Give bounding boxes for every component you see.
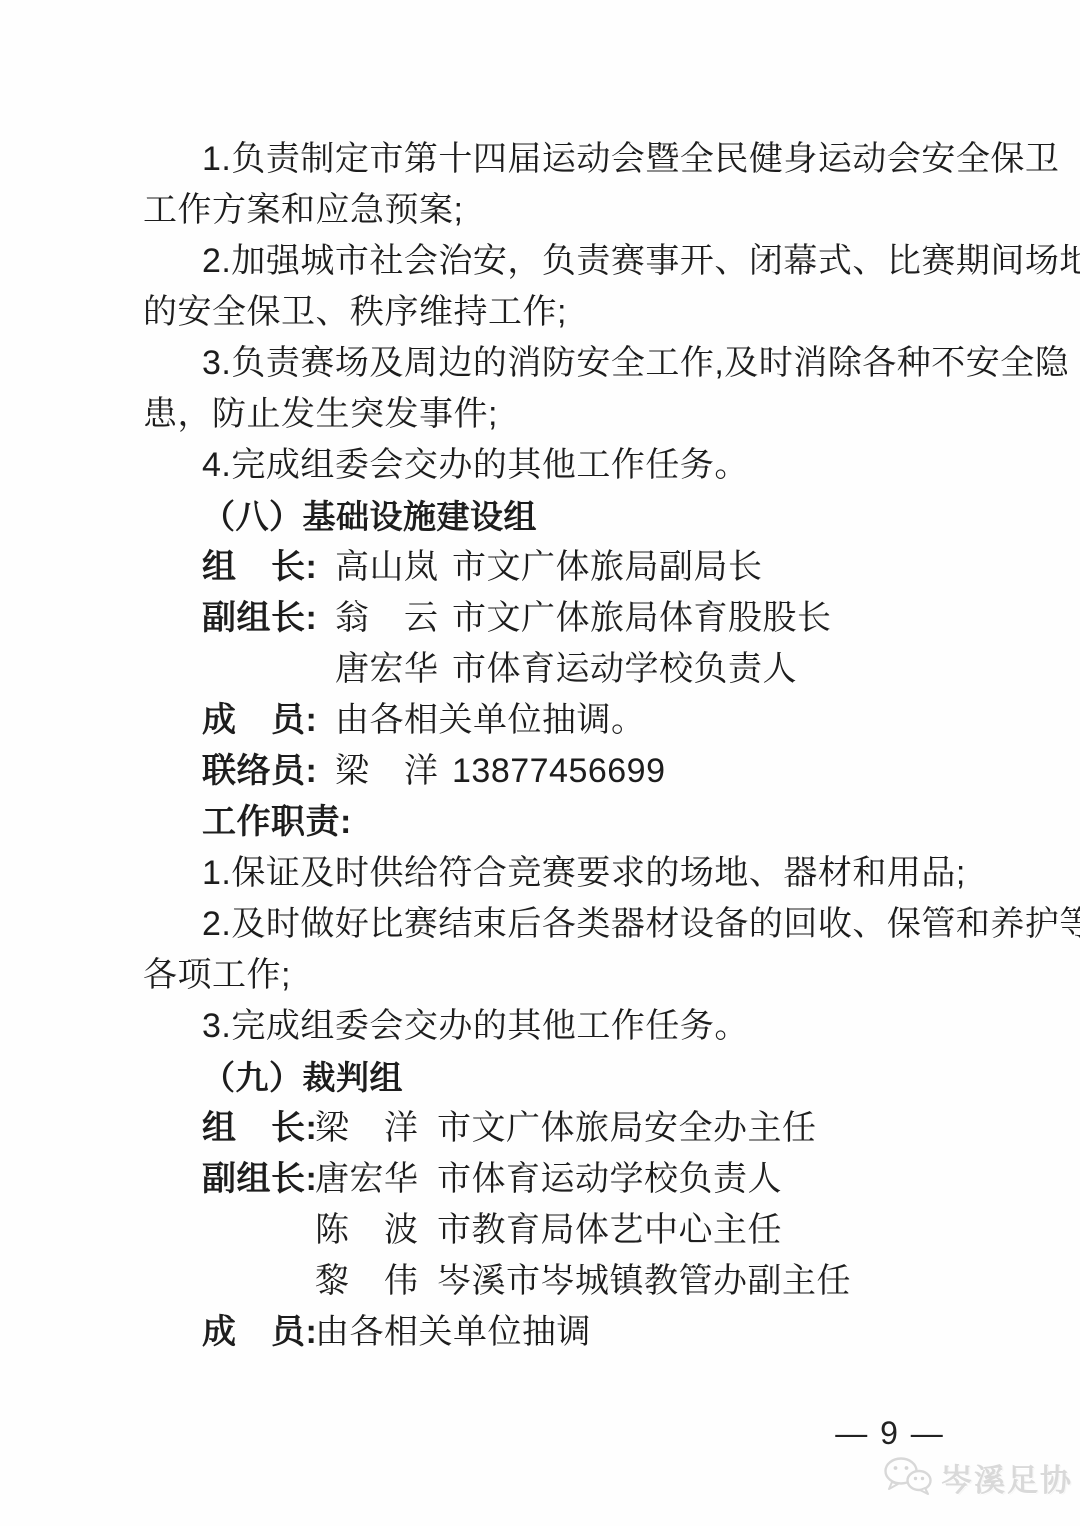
roster-row-liaison: 联络员: 梁 洋 13877456699 — [143, 746, 955, 797]
duty-line: 工作方案和应急预案; — [143, 185, 955, 236]
roster-name: 高山岚 — [335, 542, 439, 593]
roster-row-deputy-cont: 陈 波 市教育局体艺中心主任 — [143, 1205, 955, 1256]
roster-row-members: 成 员: 由各相关单位抽调 — [143, 1307, 955, 1358]
roster-title: 市文广体旅局副局长 — [452, 542, 763, 593]
roster-row-leader: 组 长: 高山岚 市文广体旅局副局长 — [143, 542, 955, 593]
roster-row-deputy-cont: 唐宏华 市体育运动学校负责人 — [143, 644, 955, 695]
roster-row-deputy-cont: 黎 伟 岑溪市岑城镇教管办副主任 — [143, 1256, 955, 1307]
roster-row-deputy: 副组长: 唐宏华 市体育运动学校负责人 — [143, 1154, 955, 1205]
roster-title: 市文广体旅局安全办主任 — [437, 1103, 817, 1154]
duty-line: 患，防止发生突发事件; — [143, 389, 955, 440]
roster-label: 副组长: — [202, 593, 317, 644]
roster-row-deputy: 副组长: 翁 云 市文广体旅局体育股股长 — [143, 593, 955, 644]
duty-line: 3.负责赛场及周边的消防安全工作,及时消除各种不安全隐 — [143, 338, 955, 389]
roster-label: 联络员: — [202, 746, 317, 797]
watermark: 岑溪足协 — [882, 1454, 1073, 1500]
duty-line: 2.及时做好比赛结束后各类器材设备的回收、保管和养护等 — [143, 899, 955, 950]
roster-title: 市文广体旅局体育股股长 — [452, 593, 832, 644]
roster-title: 13877456699 — [452, 746, 666, 797]
roster-name: 梁 洋 — [315, 1103, 419, 1154]
roster-title: 市体育运动学校负责人 — [452, 644, 797, 695]
roster-title: 市教育局体艺中心主任 — [437, 1205, 782, 1256]
roster-name: 翁 云 — [335, 593, 439, 644]
section-heading-infrastructure: （八）基础设施建设组 — [143, 491, 955, 542]
duty-line: 1.负责制定市第十四届运动会暨全民健身运动会安全保卫 — [143, 134, 955, 185]
duty-line: 3.完成组委会交办的其他工作任务。 — [143, 1001, 955, 1052]
roster-label: 成 员: — [202, 695, 317, 746]
roster-title: 市体育运动学校负责人 — [437, 1154, 782, 1205]
roster-row-leader: 组 长: 梁 洋 市文广体旅局安全办主任 — [143, 1103, 955, 1154]
roster-name: 由各相关单位抽调 — [315, 1307, 591, 1358]
roster-name: 唐宏华 — [315, 1154, 419, 1205]
roster-title: 岑溪市岑城镇教管办副主任 — [437, 1256, 851, 1307]
roster-row-members: 成 员: 由各相关单位抽调。 — [143, 695, 955, 746]
section-heading-referee: （九）裁判组 — [143, 1052, 955, 1103]
duty-line: 1.保证及时供给符合竞赛要求的场地、器材和用品; — [143, 848, 955, 899]
wechat-icon — [882, 1456, 934, 1498]
roster-label: 组 长: — [202, 1103, 317, 1154]
roster-label: 成 员: — [202, 1307, 317, 1358]
duty-line: 2.加强城市社会治安，负责赛事开、闭幕式、比赛期间场地 — [143, 236, 955, 287]
roster-name: 梁 洋 — [335, 746, 439, 797]
duty-line: 的安全保卫、秩序维持工作; — [143, 287, 955, 338]
roster-label: 组 长: — [202, 542, 317, 593]
watermark-text: 岑溪足协 — [941, 1455, 1073, 1500]
page-number: — 9 — — [820, 1408, 960, 1458]
document-page: 1.负责制定市第十四届运动会暨全民健身运动会安全保卫 工作方案和应急预案; 2.… — [0, 0, 1080, 1526]
duties-label: 工作职责: — [143, 797, 955, 848]
duty-line: 各项工作; — [143, 950, 955, 1001]
roster-name: 由各相关单位抽调。 — [335, 695, 646, 746]
roster-name: 唐宏华 — [335, 644, 439, 695]
duty-line: 4.完成组委会交办的其他工作任务。 — [143, 440, 955, 491]
roster-label: 副组长: — [202, 1154, 317, 1205]
document-body: 1.负责制定市第十四届运动会暨全民健身运动会安全保卫 工作方案和应急预案; 2.… — [143, 134, 955, 1358]
roster-name: 黎 伟 — [315, 1256, 419, 1307]
roster-name: 陈 波 — [315, 1205, 419, 1256]
